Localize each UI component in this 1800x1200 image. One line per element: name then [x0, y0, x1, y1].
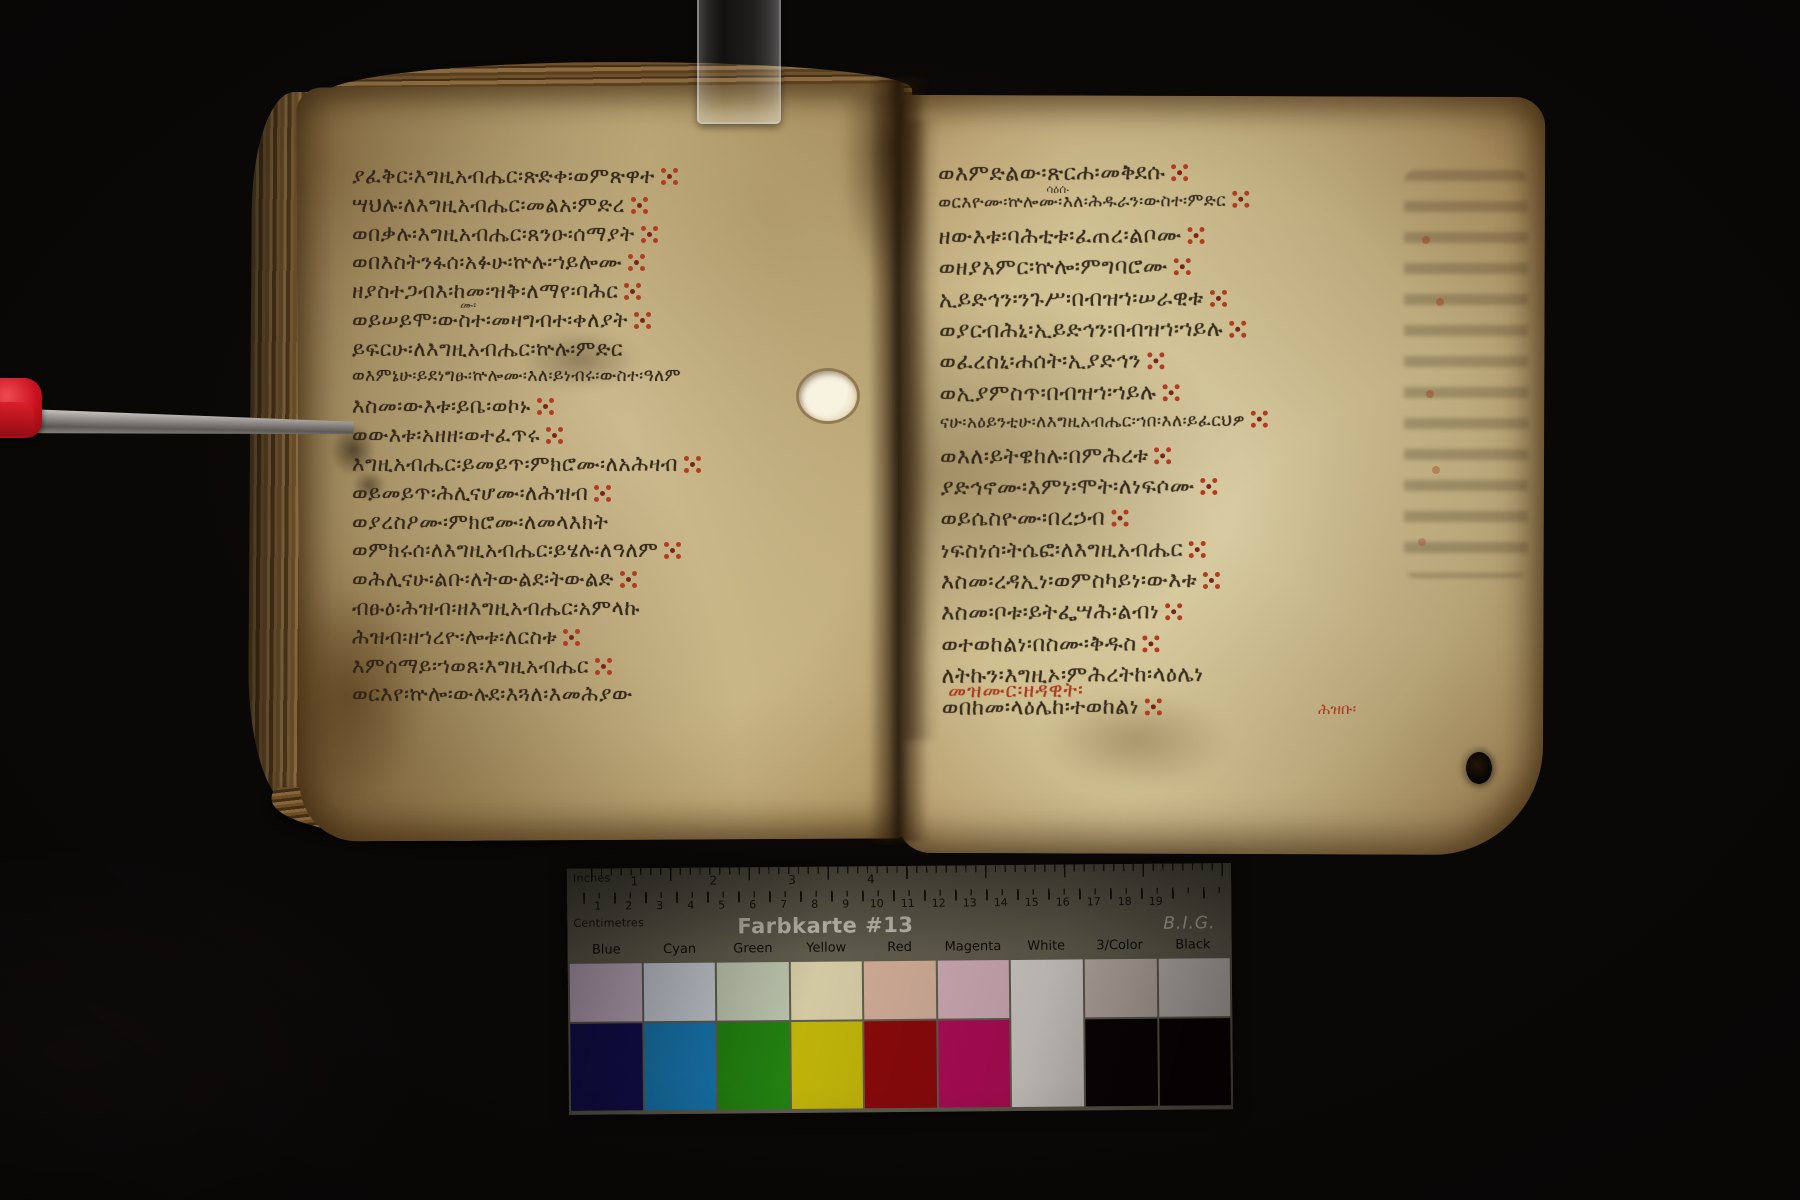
- swatch-label: Red: [863, 940, 937, 962]
- card-title-row: Centimetres Farbkarte #13 B.I.G.: [567, 909, 1231, 943]
- inch-number: 4: [831, 872, 910, 887]
- red-rubric-line: መዝሙር፡ዘዳዊት፡: [948, 678, 1084, 703]
- text-line: ያድኅኖሙ፡እምነ፡ሞት፡ለነፍሶሙ: [940, 472, 1480, 507]
- line-text: እግዚአብሔር፡ይመይጥ፡ምክሮሙ፡ለአሕዛብ: [352, 452, 678, 476]
- cm-number: 12: [923, 897, 954, 910]
- card-title: Farbkarte #13: [675, 912, 975, 939]
- swatch-solid: [570, 1023, 642, 1111]
- cm-number: 19: [1140, 895, 1171, 908]
- line-text: ወይሴስዮሙ፡በረኃብ: [940, 506, 1105, 532]
- swatch-column: [938, 960, 1011, 1108]
- swatch-solid: [717, 1022, 789, 1110]
- text-line: ዘውእቱ፡ባሕቲቱ፡ፈጠረ፡ልቦሙ: [938, 221, 1478, 256]
- text-line: ወያረስዖሙ፡ምክሮሙ፡ለመላእክት: [352, 510, 867, 539]
- red-paragraph-mark: [543, 404, 548, 409]
- text-line: ሣህሉ፡ለእግዚአብሔር፡መልአ፡ምድረ: [352, 193, 867, 222]
- line-text: ወያረስዖሙ፡ምክሮሙ፡ለመላእክት: [352, 510, 608, 534]
- line-text: ናሁ፡አዕይንቲሁ፡ለእግዚአብሔር፡ኀበ፡እለ፡ይፈርህዎ: [940, 411, 1245, 433]
- swatch-column: [1158, 958, 1231, 1106]
- line-text: ነፍስነሰ፡ትሴፎ፡ለእግዚአብሔር: [941, 537, 1184, 564]
- swatch-solid: [938, 1020, 1010, 1108]
- cm-number: 3: [644, 899, 675, 912]
- red-paragraph-mark: [630, 289, 635, 294]
- swatch-label: 3/Color: [1083, 938, 1157, 960]
- red-paragraph-mark: [670, 548, 675, 553]
- text-line: እስመ፡ውእቱ፡ይቤ፡ወኮኑ: [352, 394, 867, 423]
- line-text: እስመ፡ረዳኢነ፡ወምስካይነ፡ውእቱ: [941, 568, 1197, 595]
- red-paragraph-mark: [1257, 417, 1262, 422]
- red-paragraph-mark: [647, 232, 652, 237]
- line-text: ብፁዕ፡ሕዝብ፡ዘእግዚአብሔር፡አምላኩ: [352, 596, 640, 620]
- swatch-tint: [717, 962, 789, 1021]
- swatch-tint: [938, 960, 1010, 1019]
- red-paragraph-mark: [637, 203, 642, 208]
- swatch-column: [717, 962, 790, 1110]
- swatch-solid: [865, 1021, 937, 1109]
- swatch-column: [1011, 959, 1084, 1107]
- line-text: ወሕሊናሁ፡ልቡ፡ለትውልደ፡ትውልድ: [352, 567, 614, 591]
- text-line: ወኢያምስጥ፡በብዝኀ፡ኀይሉ: [940, 378, 1480, 413]
- red-paragraph-mark: [1216, 295, 1221, 300]
- inch-numbers: 1234: [595, 872, 910, 889]
- line-text: ይፍርሁ፡ለእግዚአብሔር፡ኵሉ፡ምድር: [352, 337, 623, 361]
- red-paragraph-mark: [1180, 264, 1185, 269]
- line-text: ወበቃሉ፡እግዚአብሔር፡ጸንዑ፡ሰማያት: [352, 222, 635, 246]
- cm-number: 7: [768, 898, 799, 911]
- cm-number: 1: [582, 899, 613, 912]
- red-paragraph-mark: [1207, 484, 1212, 489]
- red-paragraph-mark: [1177, 170, 1182, 175]
- text-line: እግዚአብሔር፡ይመይጥ፡ምክሮሙ፡ለአሕዛብ: [352, 452, 867, 481]
- line-text: ወይመይጥ፡ሕሊናሆሙ፡ለሕዝብ: [352, 481, 588, 505]
- swatch-tint: [570, 963, 642, 1022]
- line-text: እምሰማይ፡ኀወጸ፡እግዚአብሔር: [352, 654, 589, 678]
- red-paragraph-mark: [1168, 390, 1173, 395]
- parchment-hole: [1466, 752, 1492, 784]
- inch-number: 2: [674, 873, 753, 888]
- text-line: ያፈቅር፡እግዚአብሔር፡ጽድቀ፡ወምጽዋተ: [352, 164, 867, 193]
- red-margin-note: ሕዝቡ፡: [1318, 700, 1356, 718]
- line-text: ወተወከልነ፡በስሙ፡ቅዱስ: [941, 631, 1136, 657]
- red-paragraph-mark: [1195, 547, 1200, 552]
- text-line: ሙ፡ወይሠይሞ፡ውስተ፡መዛግብተ፡ቀለያት: [352, 308, 867, 337]
- red-paragraph-mark: [667, 174, 672, 179]
- brand-text: B.I.G.: [1163, 913, 1215, 933]
- red-clamp-jaw: [0, 402, 34, 436]
- swatch-label: Magenta: [936, 939, 1010, 961]
- cm-number: 14: [985, 896, 1016, 909]
- line-text: ወእምኔሁ፡ይደነግፁ፡ኵሎሙ፡እለ፡ይነብሩ፡ውስተ፡ዓለም: [352, 366, 681, 386]
- swatch-column: [864, 961, 937, 1109]
- swatch-tint: [790, 961, 862, 1020]
- line-text: እስመ፡ቦቱ፡ይትፌሣሕ፡ልብነ: [941, 600, 1159, 627]
- text-line: ወእምኔሁ፡ይደነግፁ፡ኵሎሙ፡እለ፡ይነብሩ፡ውስተ፡ዓለም: [352, 366, 867, 395]
- swatch-label: Black: [1156, 937, 1230, 959]
- red-paragraph-mark: [634, 260, 639, 265]
- red-paragraph-mark: [1151, 704, 1156, 709]
- swatch-grid: [568, 958, 1233, 1113]
- red-paragraph-mark: [1209, 578, 1214, 583]
- cm-number: 6: [737, 898, 768, 911]
- swatch-label: Blue: [570, 942, 644, 964]
- line-text: ወዘያአምር፡ኵሎ፡ምግባሮሙ: [939, 254, 1168, 281]
- cm-number: 13: [954, 896, 985, 909]
- swatch-column: [1085, 959, 1158, 1107]
- line-text: ወኢያምስጥ፡በብዝኀ፡ኀይሉ: [940, 380, 1157, 407]
- red-paragraph-mark: [1149, 641, 1154, 646]
- line-text: ያድኅኖሙ፡እምነ፡ሞት፡ለነፍሶሙ: [940, 474, 1195, 501]
- text-line: ወያርብሕኒ፡ኢይድኅን፡በብዝኀ፡ኀይሉ: [939, 315, 1479, 350]
- cm-number: 4: [675, 899, 706, 912]
- cm-number: 9: [830, 897, 861, 910]
- text-line: እስመ፡ረዳኢነ፡ወምስካይነ፡ውእቱ: [941, 566, 1481, 601]
- bleed-through-red-marks: [0, 0, 4, 4]
- line-text: ወያርብሕኒ፡ኢይድኅን፡በብዝኀ፡ኀይሉ: [939, 317, 1223, 344]
- red-paragraph-mark: [1161, 453, 1166, 458]
- red-paragraph-mark: [600, 491, 605, 496]
- line-text: ወእለ፡ይትዌከሉ፡በምሕረቱ: [940, 443, 1149, 469]
- text-line: ዘያስተጋብእ፡ከመ፡ዝቅ፡ለማየ፡ባሕር: [352, 279, 867, 308]
- swatch-column: [570, 963, 643, 1111]
- red-paragraph-mark: [640, 318, 645, 323]
- right-page-text: ወእምድልው፡ጽርሐ፡መቅደሱ ሳዕሱወርእዮሙ፡ኵሎሙ፡እለ፡ሕዱራን፡ውስተ…: [938, 158, 1482, 727]
- swatch-solid: [1159, 1018, 1231, 1106]
- swatch-label: Cyan: [643, 942, 717, 964]
- text-line: ወበእስትንፋሰ፡አፉሁ፡ኵሉ፡ኀይሎሙ: [352, 250, 867, 279]
- text-line: ወፈረስኒ፡ሐሰት፡ኢያድኅን: [939, 346, 1479, 381]
- swatch-tint: [1158, 958, 1230, 1017]
- text-line: ወይሴስዮሙ፡በረኃብ: [940, 503, 1480, 538]
- text-line: ናሁ፡አዕይንቲሁ፡ለእግዚአብሔር፡ኀበ፡እለ፡ይፈርህዎ: [940, 409, 1480, 444]
- red-paragraph-mark: [1235, 327, 1240, 332]
- line-text: ወምክሩሰ፡ለእግዚአብሔር፡ይሄሉ፡ለዓለም: [352, 538, 658, 562]
- text-line: ወተወከልነ፡በስሙ፡ቅዱስ: [941, 629, 1481, 664]
- acrylic-page-holder: [697, 0, 781, 124]
- red-paragraph-mark: [552, 433, 557, 438]
- line-text: ኢይድኅን፡ንጉሥ፡በብዝኀ፡ሠራዊቱ: [939, 286, 1204, 313]
- line-text: ዘያስተጋብእ፡ከመ፡ዝቅ፡ለማየ፡ባሕር: [352, 279, 618, 303]
- line-text: ያፈቅር፡እግዚአብሔር፡ጽድቀ፡ወምጽዋተ: [352, 164, 655, 188]
- swatch-label: Yellow: [790, 940, 864, 962]
- line-text: ወበእስትንፋሰ፡አፉሁ፡ኵሉ፡ኀይሎሙ: [352, 250, 622, 274]
- line-text: ወውእቱ፡አዘዘ፡ወተፈጥሩ: [352, 423, 540, 447]
- text-line: እምሰማይ፡ኀወጸ፡እግዚአብሔር: [352, 654, 867, 683]
- swatch-solid: [1085, 1019, 1157, 1107]
- inch-number: 1: [595, 874, 674, 889]
- red-paragraph-mark: [1238, 197, 1243, 202]
- line-text: ዘውእቱ፡ባሕቲቱ፡ፈጠረ፡ልቦሙ: [938, 223, 1181, 250]
- swatch-tint: [864, 961, 936, 1020]
- cm-number: 16: [1047, 895, 1078, 908]
- swatch-label: Green: [716, 941, 790, 963]
- text-line: ወሕሊናሁ፡ልቡ፡ለትውልደ፡ትውልድ: [352, 567, 867, 596]
- line-text: እስመ፡ውእቱ፡ይቤ፡ወኮኑ: [352, 394, 531, 418]
- cm-number: 8: [799, 898, 830, 911]
- swatch-solid: [644, 1023, 716, 1111]
- text-line: ብፁዕ፡ሕዝብ፡ዘእግዚአብሔር፡አምላኩ: [352, 596, 867, 625]
- color-card: Inches 1234 1234567891011121314151617181…: [567, 863, 1233, 1115]
- line-text: ወፈረስኒ፡ሐሰት፡ኢያድኅን: [939, 349, 1141, 375]
- text-line: ወእለ፡ይትዌከሉ፡በምሕረቱ: [940, 441, 1480, 476]
- cm-number: 11: [892, 897, 923, 910]
- cm-number: 18: [1109, 895, 1140, 908]
- red-paragraph-mark: [1117, 516, 1122, 521]
- text-line: ሳዕሱወርእዮሙ፡ኵሎሙ፡እለ፡ሕዱራን፡ውስተ፡ምድር: [938, 190, 1478, 225]
- text-line: ወዘያአምር፡ኵሎ፡ምግባሮሙ: [939, 252, 1479, 287]
- text-line: ሕዝብ፡ዘኀረዮ፡ሎቱ፡ለርስቱ: [352, 625, 867, 654]
- swatch-tint: [643, 963, 715, 1022]
- cm-number: 5: [706, 898, 737, 911]
- text-line: ወይመይጥ፡ሕሊናሆሙ፡ለሕዝብ: [352, 481, 867, 510]
- cm-number: 10: [861, 897, 892, 910]
- swatch-column: [643, 963, 716, 1111]
- book-gutter-shadow: [868, 78, 928, 842]
- inch-number: 3: [753, 873, 832, 888]
- cm-number: 2: [613, 899, 644, 912]
- swatch-solid: [791, 1021, 863, 1109]
- red-paragraph-mark: [626, 577, 631, 582]
- swatch-tint: [1011, 959, 1084, 1107]
- text-line: ወእምድልው፡ጽርሐ፡መቅደሱ: [938, 158, 1478, 193]
- line-text: ሣህሉ፡ለእግዚአብሔር፡መልአ፡ምድረ: [352, 193, 625, 217]
- centimetres-label: Centimetres: [573, 916, 644, 930]
- red-paragraph-mark: [601, 664, 606, 669]
- red-paragraph-mark: [1194, 233, 1199, 238]
- cm-number: 17: [1078, 895, 1109, 908]
- text-line: ኢይድኅን፡ንጉሥ፡በብዝኀ፡ሠራዊቱ: [939, 284, 1479, 319]
- text-line: ወምክሩሰ፡ለእግዚአብሔር፡ይሄሉ፡ለዓለም: [352, 538, 867, 567]
- swatch-column: [790, 961, 863, 1109]
- text-line: ይፍርሁ፡ለእግዚአብሔር፡ኵሉ፡ምድር: [352, 337, 867, 366]
- text-line: እስመ፡ቦቱ፡ይትፌሣሕ፡ልብነ: [941, 598, 1481, 633]
- red-paragraph-mark: [569, 635, 574, 640]
- swatch-tint: [1085, 959, 1157, 1018]
- red-paragraph-mark: [1153, 359, 1158, 364]
- line-text: ሕዝብ፡ዘኀረዮ፡ሎቱ፡ለርስቱ: [352, 625, 557, 649]
- red-paragraph-mark: [690, 462, 695, 467]
- cm-number: 15: [1016, 896, 1047, 909]
- text-line: ወውእቱ፡አዘዘ፡ወተፈጥሩ: [352, 423, 867, 452]
- line-text: ወርእዮሙ፡ኵሎሙ፡እለ፡ሕዱራን፡ውስተ፡ምድር: [938, 191, 1226, 213]
- text-line: ወርእየ፡ኵሎ፡ውሉደ፡እጓለ፡እመሕያው: [352, 682, 867, 711]
- text-line: ወበቃሉ፡እግዚአብሔር፡ጸንዑ፡ሰማያት: [352, 222, 867, 251]
- red-paragraph-mark: [1171, 610, 1176, 615]
- swatch-label: White: [1010, 938, 1084, 960]
- left-page-text: ያፈቅር፡እግዚአብሔር፡ጽድቀ፡ወምጽዋተ ሣህሉ፡ለእግዚአብሔር፡መልአ፡…: [352, 164, 867, 711]
- line-text: ወርእየ፡ኵሎ፡ውሉደ፡እጓለ፡እመሕያው: [352, 682, 633, 706]
- line-text: ወይሠይሞ፡ውስተ፡መዛግብተ፡ቀለያት: [352, 308, 628, 332]
- text-line: ነፍስነሰ፡ትሴፎ፡ለእግዚአብሔር: [941, 535, 1481, 570]
